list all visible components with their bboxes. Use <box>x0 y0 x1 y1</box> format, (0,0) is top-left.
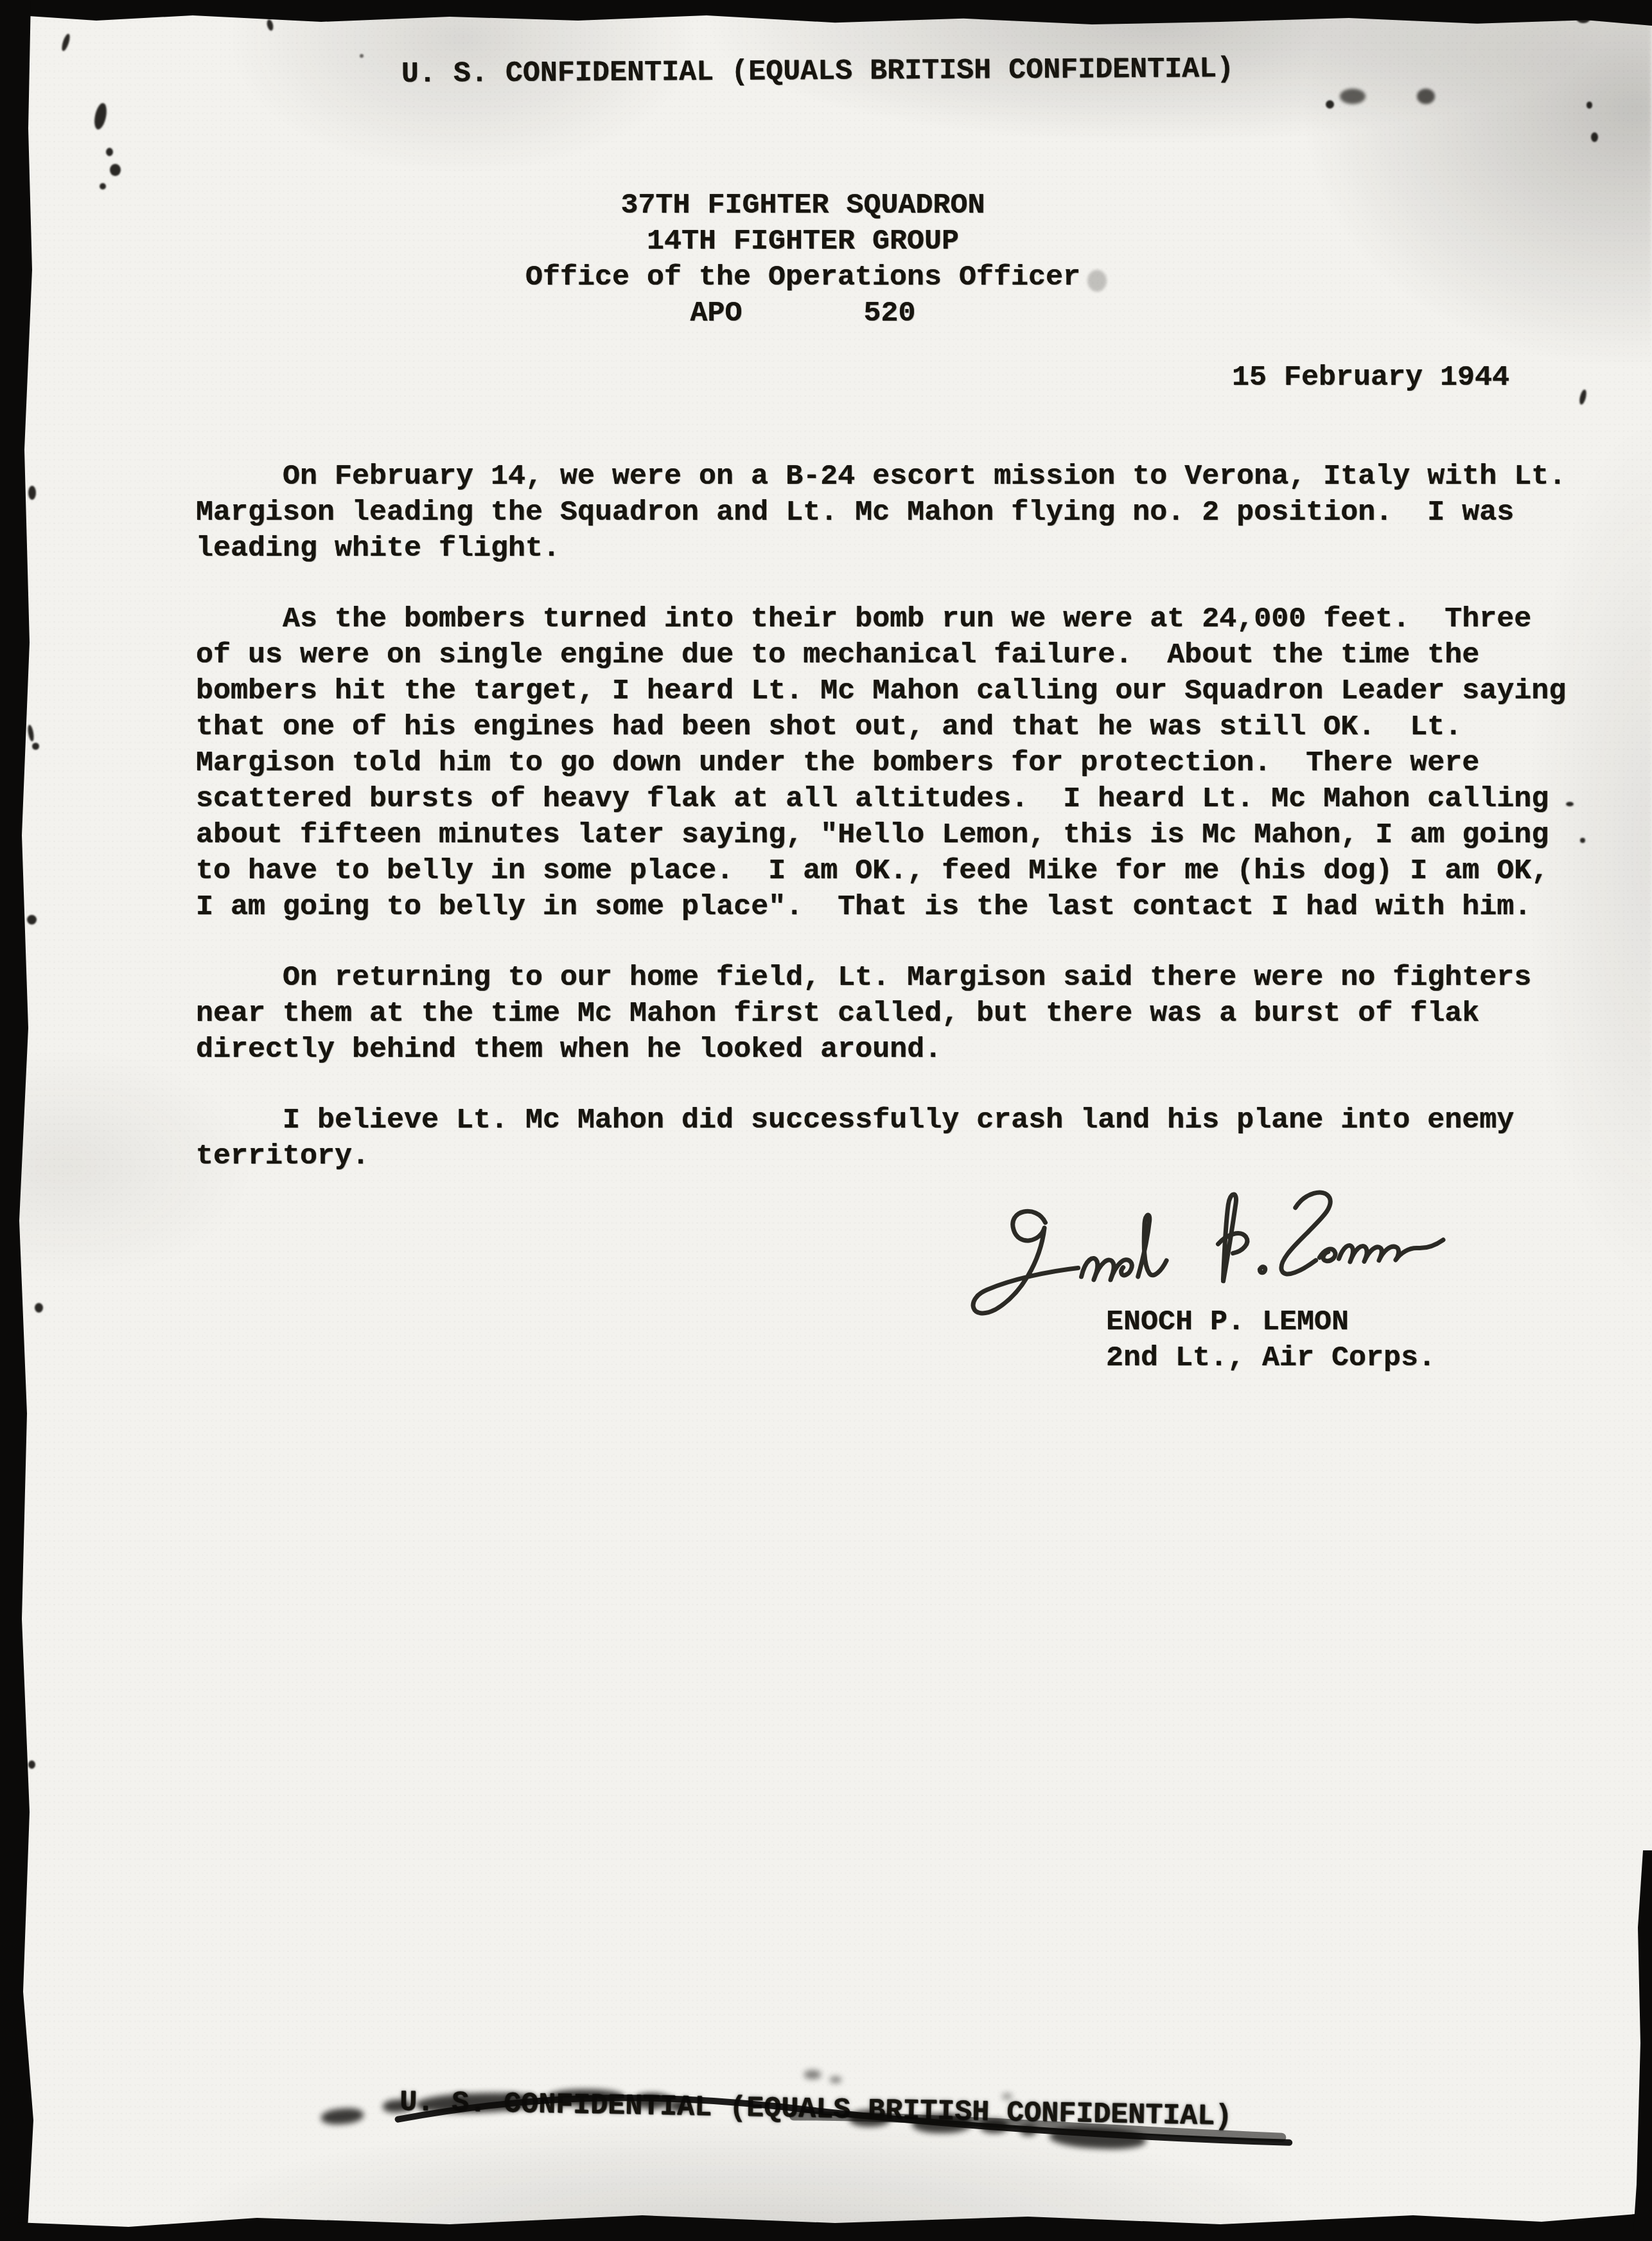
scan-speck <box>1580 838 1585 843</box>
scan-speck <box>28 486 36 500</box>
ink-smudge <box>849 2110 890 2127</box>
classification-footer: U. S. CONFIDENTIAL (EQUALS BRITISH CONFI… <box>400 2085 1233 2136</box>
scan-speck <box>92 102 109 131</box>
paragraph-2: As the bombers turned into their bomb ru… <box>196 601 1566 925</box>
scan-speck <box>35 1303 43 1313</box>
scan-speck <box>1417 89 1435 104</box>
paragraph-1: On February 14, we were on a B-24 escort… <box>196 459 1566 567</box>
scan-border-right <box>1633 1850 1652 2241</box>
body-line: leading white flight. <box>196 531 1566 567</box>
body-line: to have to belly in some place. I am OK.… <box>196 853 1566 889</box>
scan-speck <box>106 148 113 156</box>
body-line: On returning to our home field, Lt. Marg… <box>196 960 1566 996</box>
body-line: territory. <box>196 1138 1566 1174</box>
letter-body: On February 14, we were on a B-24 escort… <box>196 459 1566 1174</box>
scan-speck <box>1326 100 1334 109</box>
scan-border-top <box>0 0 1652 26</box>
body-line: near them at the time Mc Mahon first cal… <box>196 996 1566 1032</box>
ink-smudge <box>547 2089 624 2106</box>
letterhead-office: Office of the Operations Officer <box>42 260 1564 296</box>
scan-speck <box>1566 802 1574 806</box>
letterhead: 37TH FIGHTER SQUADRON 14TH FIGHTER GROUP… <box>42 188 1564 332</box>
body-line: As the bombers turned into their bomb ru… <box>196 601 1566 637</box>
scan-speck <box>1591 132 1598 142</box>
letterhead-apo: APO 520 <box>42 296 1564 332</box>
scan-speck <box>27 725 35 742</box>
body-line: bombers hit the target, I heard Lt. Mc M… <box>196 673 1566 709</box>
signature-typed-name: ENOCH P. LEMON <box>1106 1304 1436 1340</box>
scan-speck <box>27 915 37 925</box>
ink-smudge <box>912 2114 971 2133</box>
body-line: about fifteen minutes later saying, "Hel… <box>196 817 1566 853</box>
signature-block: ENOCH P. LEMON 2nd Lt., Air Corps. <box>1106 1304 1436 1376</box>
body-line: I am going to belly in some place". That… <box>196 889 1566 925</box>
scan-border-left <box>0 0 39 2241</box>
scan-speck <box>100 183 106 190</box>
scan-speck <box>1087 270 1107 292</box>
body-line: Margison told him to go down under the b… <box>196 745 1566 781</box>
body-line: On February 14, we were on a B-24 escort… <box>196 459 1566 495</box>
signature-title: 2nd Lt., Air Corps. <box>1106 1340 1436 1376</box>
letterhead-squadron: 37TH FIGHTER SQUADRON <box>42 188 1564 224</box>
letterhead-group: 14TH FIGHTER GROUP <box>42 224 1564 260</box>
paragraph-4: I believe Lt. Mc Mahon did successfully … <box>196 1103 1566 1174</box>
scan-speck <box>110 164 121 176</box>
scan-speck <box>1578 389 1588 405</box>
ink-smudge <box>1002 2093 1012 2100</box>
date-line: 15 February 1944 <box>1232 360 1509 396</box>
ink-smudge <box>1020 2125 1037 2136</box>
scanned-letter-page: U. S. CONFIDENTIAL (EQUALS BRITISH CONFI… <box>0 0 1652 2241</box>
classification-footer-text: U. S. CONFIDENTIAL (EQUALS BRITISH CONFI… <box>400 2085 1233 2136</box>
ink-smudge <box>633 2093 671 2109</box>
scan-speck <box>28 1760 35 1769</box>
body-line: scattered bursts of heavy flak at all al… <box>196 781 1566 817</box>
ink-smudge <box>804 2070 821 2079</box>
scan-speck <box>32 743 39 750</box>
body-line: that one of his engines had been shot ou… <box>196 709 1566 745</box>
paragraph-3: On returning to our home field, Lt. Marg… <box>196 960 1566 1068</box>
ink-smudge <box>980 2119 1008 2133</box>
ink-smudge <box>830 2077 841 2083</box>
scan-speck <box>266 19 274 31</box>
scan-speck <box>360 54 364 58</box>
body-line: of us were on single engine due to mecha… <box>196 637 1566 673</box>
scan-border-bottom <box>0 2210 1652 2241</box>
ink-smudge <box>321 2107 364 2126</box>
scan-speck <box>60 33 71 51</box>
scan-speck <box>1340 89 1366 104</box>
body-line: I believe Lt. Mc Mahon did successfully … <box>196 1103 1566 1138</box>
body-line: directly behind them when he looked arou… <box>196 1032 1566 1068</box>
classification-header: U. S. CONFIDENTIAL (EQUALS BRITISH CONFI… <box>401 51 1235 93</box>
ink-smudge <box>669 2100 689 2111</box>
scan-speck <box>1586 102 1592 109</box>
body-line: Margison leading the Squadron and Lt. Mc… <box>196 495 1566 531</box>
